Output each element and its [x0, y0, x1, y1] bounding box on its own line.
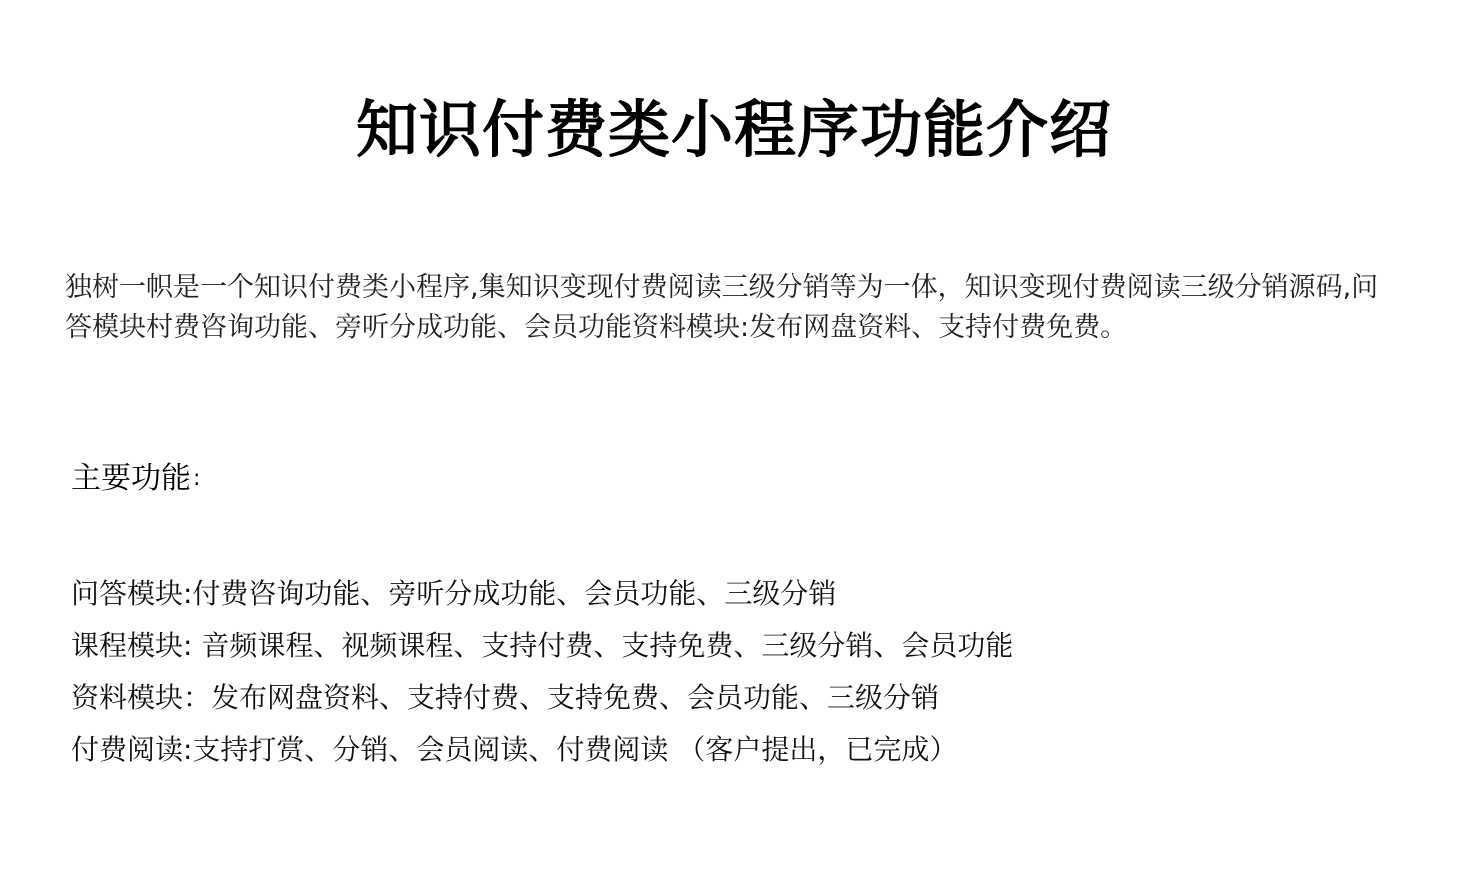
feature-item-materials-module: 资料模块：发布网盘资料、支持付费、支持免费、会员功能、三级分销: [71, 672, 1013, 724]
feature-item-paid-reading: 付费阅读:支持打赏、分销、会员阅读、付费阅读 （客户提出，已完成）: [71, 724, 1013, 776]
page-title: 知识付费类小程序功能介绍: [0, 92, 1468, 168]
features-heading-text: 主要功能: [71, 461, 191, 496]
features-heading-colon: :: [193, 466, 200, 491]
feature-list: 问答模块:付费咨询功能、旁听分成功能、会员功能、三级分销 课程模块: 音频课程、…: [71, 568, 1013, 776]
feature-item-course-module: 课程模块: 音频课程、视频课程、支持付费、支持免费、三级分销、会员功能: [71, 620, 1013, 672]
features-heading: 主要功能:: [71, 459, 200, 499]
feature-item-qa-module: 问答模块:付费咨询功能、旁听分成功能、会员功能、三级分销: [71, 568, 1013, 620]
intro-paragraph: 独树一帜是一个知识付费类小程序,集知识变现付费阅读三级分销等为一体，知识变现付费…: [65, 268, 1405, 348]
